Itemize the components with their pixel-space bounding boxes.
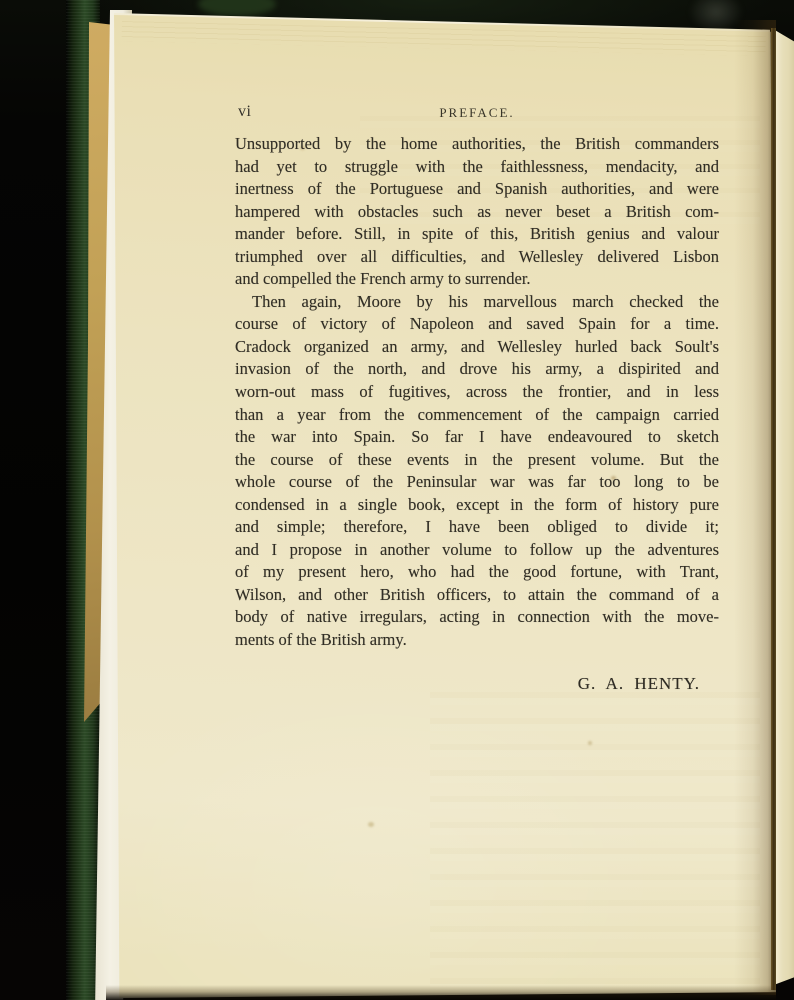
page-gutter-line <box>771 28 776 990</box>
text-line: whole course of the Peninsular war was f… <box>235 471 719 494</box>
text-line: triumphed over all difficulties, and Wel… <box>235 246 719 269</box>
text-line: Then again, Moore by his marvellous marc… <box>235 291 719 314</box>
text-line: condensed in a single book, except in th… <box>235 494 719 517</box>
author-signature: G. A. HENTY. <box>578 674 700 694</box>
adjacent-page-edge <box>776 26 794 988</box>
text-line: ments of the British army. <box>235 629 719 652</box>
header-title: PREFACE. <box>235 105 719 121</box>
text-line: the course of these events in the presen… <box>235 449 719 472</box>
printed-content: vi PREFACE. Unsupported by the home auth… <box>235 0 719 1000</box>
text-line: and simple; therefore, I have been oblig… <box>235 516 719 539</box>
text-line: and I propose in another volume to follo… <box>235 539 719 562</box>
text-line: Cradock organized an army, and Wellesley… <box>235 336 719 359</box>
text-line: inertness of the Portuguese and Spanish … <box>235 178 719 201</box>
running-header: vi PREFACE. <box>235 103 719 121</box>
text-line: Unsupported by the home authorities, the… <box>235 133 719 156</box>
text-line: than a year from the commencement of the… <box>235 404 719 427</box>
text-line: the war into Spain. So far I have endeav… <box>235 426 719 449</box>
text-line: Wilson, and other British officers, to a… <box>235 584 719 607</box>
text-line: worn-out mass of fugitives, across the f… <box>235 381 719 404</box>
text-line: and compelled the French army to surrend… <box>235 268 719 291</box>
text-line: body of native irregulars, acting in con… <box>235 606 719 629</box>
text-line: of my present hero, who had the good for… <box>235 561 719 584</box>
text-line: mander before. Still, in spite of this, … <box>235 223 719 246</box>
text-line: course of victory of Napoleon and saved … <box>235 313 719 336</box>
page-body-text: Unsupported by the home authorities, the… <box>235 133 719 652</box>
text-line: had yet to struggle with the faithlessne… <box>235 156 719 179</box>
page-gutter-shadow <box>734 20 776 995</box>
text-line: invasion of the north, and drove his arm… <box>235 358 719 381</box>
text-line: hampered with obstacles such as never be… <box>235 201 719 224</box>
